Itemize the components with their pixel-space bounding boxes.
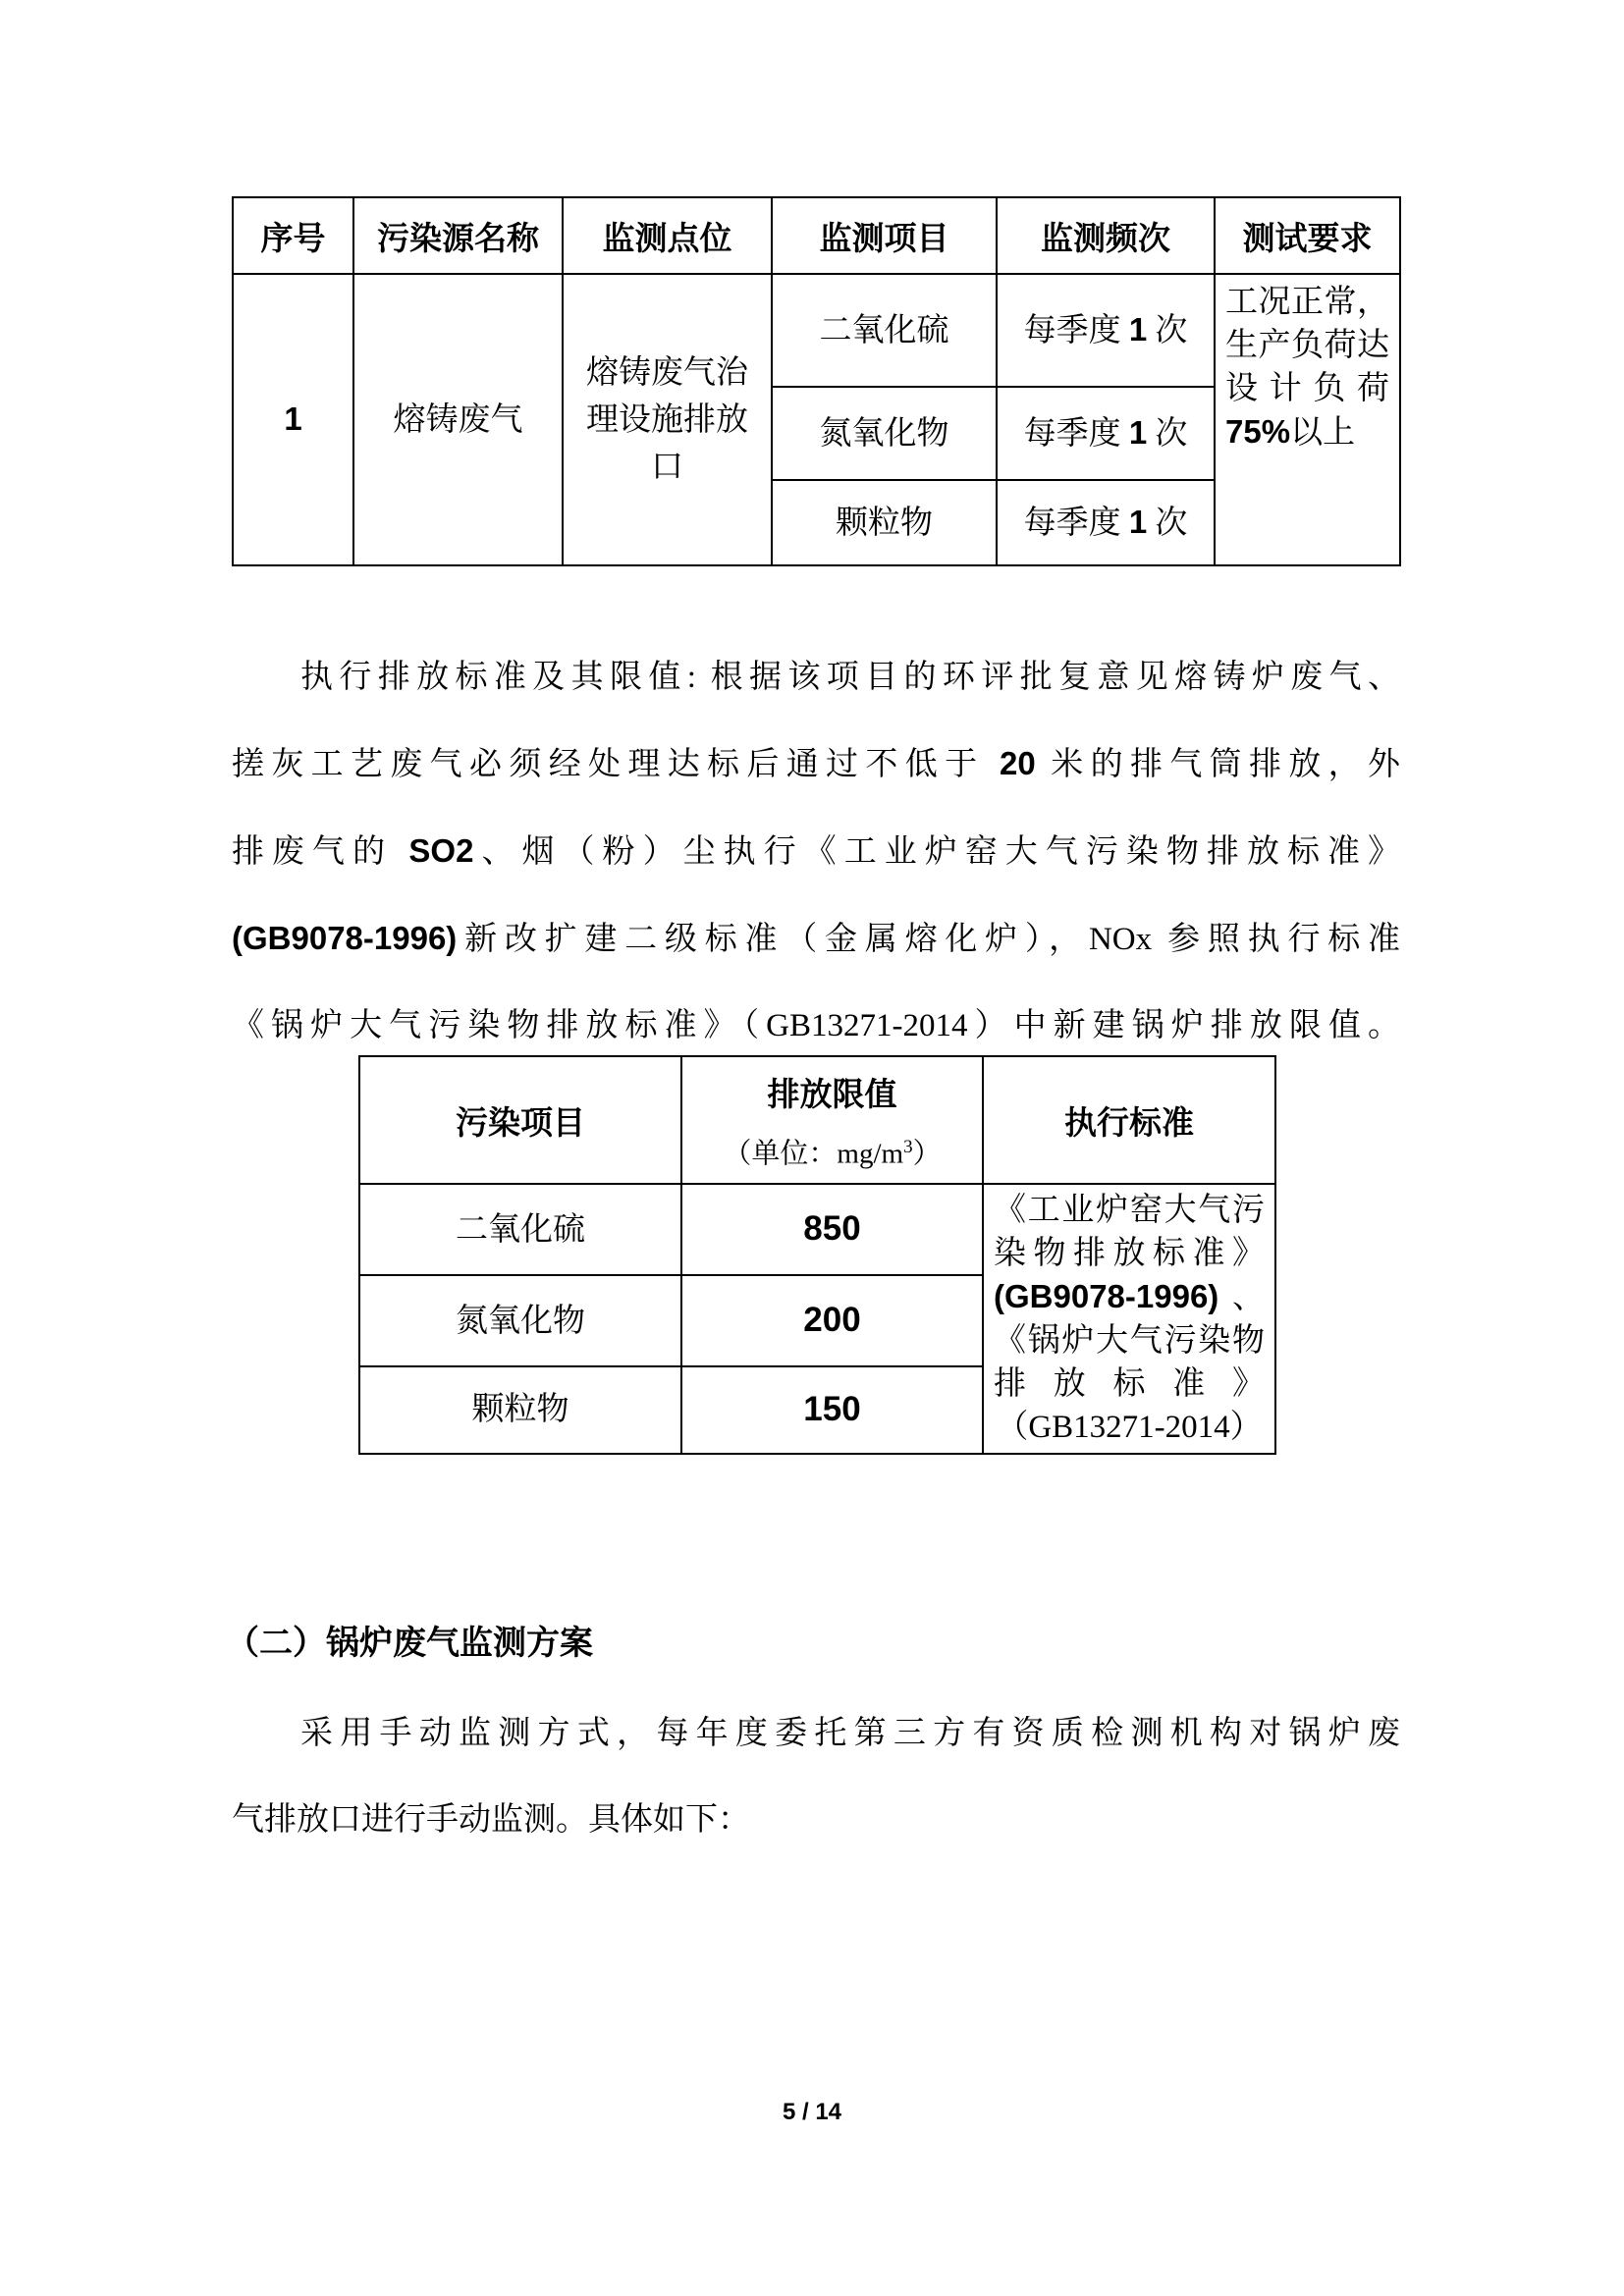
line-text: 《锅炉大气污染物排放标准》（GB13271-2014）中新建锅炉排放限值。 [232,1008,1400,1043]
section-heading: （二）锅炉废气监测方案 [226,1620,1404,1669]
col-header-applied-standard: 执行标准 [983,1056,1275,1184]
line-text: 执行排放标准及其限值: 根据该项目的环评批复意见熔铸炉废气、 [300,660,1400,695]
serial-cell: 1 [233,274,353,565]
line-text: 新改扩建二级标准（金属熔化炉），NOx 参照执行标准 [457,922,1400,957]
line-text: 排废气的 [232,834,408,870]
unit-text: （单位：mg/m [723,1139,903,1170]
frequency-cell: 每季度 1 次 [997,387,1215,480]
stack-height-value: 20 [1000,745,1036,781]
unit-close: ） [913,1139,942,1170]
line-text: 搓灰工艺废气必须经处理达标后通过不低于 [232,747,1000,782]
frequency-unit: 次 [1147,506,1187,541]
col-header-serial: 序号 [233,197,353,274]
unit-superscript: 3 [903,1137,913,1157]
requirement-percent: 75% [1225,413,1290,450]
standards-paragraph: 执行排放标准及其限值: 根据该项目的环评批复意见熔铸炉废气、 搓灰工艺废气必须经… [232,634,1400,1069]
requirement-suffix: 以上 [1290,415,1355,451]
pollution-source-cell: 熔铸废气 [353,274,563,565]
monitor-item-cell: 颗粒物 [772,480,997,565]
page-number: 5 / 14 [0,2099,1624,2126]
line-text: 采用手动监测方式，每年度委托第三方有资质检测机构对锅炉废 [300,1716,1400,1751]
limit-value-cell: 200 [681,1275,983,1365]
emission-limit-table: 污染项目 排放限值 （单位：mg/m3） 执行标准 二氧化硫 850 《工业炉窑… [358,1055,1276,1455]
monitor-item-cell: 氮氧化物 [772,387,997,480]
limit-value: 200 [803,1301,860,1339]
casting-waste-gas-monitoring-table: 序号 污染源名称 监测点位 监测项目 监测频次 测试要求 1 熔铸废气 熔铸废气… [232,196,1401,566]
col-header-monitor-frequency: 监测频次 [997,197,1215,274]
frequency-cell: 每季度 1 次 [997,480,1215,565]
limit-value-cell: 150 [681,1366,983,1454]
frequency-text: 每季度 [1024,313,1129,348]
paragraph-line: 执行排放标准及其限值: 根据该项目的环评批复意见熔铸炉废气、 [232,634,1400,721]
gb9078-standard-code: (GB9078-1996) [232,920,457,956]
monitor-point-cell: 熔铸废气治理设施排放口 [563,274,772,565]
limit-value: 850 [803,1209,860,1248]
paragraph-line: 搓灰工艺废气必须经处理达标后通过不低于 20 米的排气筒排放，外 [232,721,1400,808]
pollutant-cell: 二氧化硫 [359,1184,681,1275]
paragraph-line: (GB9078-1996)新改扩建二级标准（金属熔化炉），NOx 参照执行标准 [232,895,1400,983]
frequency-text: 每季度 [1024,416,1129,452]
paragraph-line: 气排放口进行手动监测。具体如下： [232,1777,1400,1863]
table-header-row: 污染项目 排放限值 （单位：mg/m3） 执行标准 [359,1056,1275,1184]
table-row: 二氧化硫 850 《工业炉窑大气污染物排放标准》(GB9078-1996) 、《… [359,1184,1275,1275]
col-header-pollution-item: 污染项目 [359,1056,681,1184]
emission-limit-title: 排放限值 [688,1069,976,1115]
pollutant-cell: 氮氧化物 [359,1275,681,1365]
line-text: 、烟（粉）尘执行《工业炉窑大气污染物排放标准》 [473,834,1400,870]
limit-value: 150 [803,1390,860,1428]
col-header-pollution-source: 污染源名称 [353,197,563,274]
standard-text: 《工业炉窑大气污染物排放标准》 [994,1193,1265,1271]
pollutant-cell: 颗粒物 [359,1366,681,1454]
frequency-count: 1 [1129,311,1147,347]
col-header-monitor-item: 监测项目 [772,197,997,274]
table-header-row: 序号 污染源名称 监测点位 监测项目 监测频次 测试要求 [233,197,1400,274]
monitor-item-cell: 二氧化硫 [772,274,997,387]
so2-label: SO2 [408,832,473,869]
line-text: 米的排气筒排放，外 [1036,747,1400,782]
serial-number: 1 [284,400,301,437]
frequency-count: 1 [1129,504,1147,540]
frequency-count: 1 [1129,414,1147,451]
gb13271-standard-code: （GB13271-2014） [996,1410,1262,1445]
boiler-monitoring-paragraph: 采用手动监测方式，每年度委托第三方有资质检测机构对锅炉废 气排放口进行手动监测。… [232,1690,1400,1863]
unit-note: （单位：mg/m3） [688,1131,976,1171]
test-requirement-cell: 工况正常，生产负荷达设计负荷75%以上 [1215,274,1400,565]
table-row: 1 熔铸废气 熔铸废气治理设施排放口 二氧化硫 每季度 1 次 工况正常，生产负… [233,274,1400,387]
col-header-emission-limit: 排放限值 （单位：mg/m3） [681,1056,983,1184]
gb9078-standard-code: (GB9078-1996) [994,1278,1218,1314]
frequency-cell: 每季度 1 次 [997,274,1215,387]
col-header-monitor-point: 监测点位 [563,197,772,274]
line-text: 气排放口进行手动监测。具体如下： [232,1802,750,1838]
col-header-test-requirement: 测试要求 [1215,197,1400,274]
limit-value-cell: 850 [681,1184,983,1275]
paragraph-line: 排废气的 SO2、烟（粉）尘执行《工业炉窑大气污染物排放标准》 [232,808,1400,895]
requirement-text: 工况正常，生产负荷达设计负荷 [1225,285,1389,406]
frequency-unit: 次 [1147,416,1187,452]
paragraph-line: 采用手动监测方式，每年度委托第三方有资质检测机构对锅炉废 [232,1690,1400,1777]
frequency-text: 每季度 [1024,506,1129,541]
frequency-unit: 次 [1147,313,1187,348]
document-page: 序号 污染源名称 监测点位 监测项目 监测频次 测试要求 1 熔铸废气 熔铸废气… [0,0,1624,2296]
applied-standard-cell: 《工业炉窑大气污染物排放标准》(GB9078-1996) 、《锅炉大气污染物排放… [983,1184,1275,1454]
